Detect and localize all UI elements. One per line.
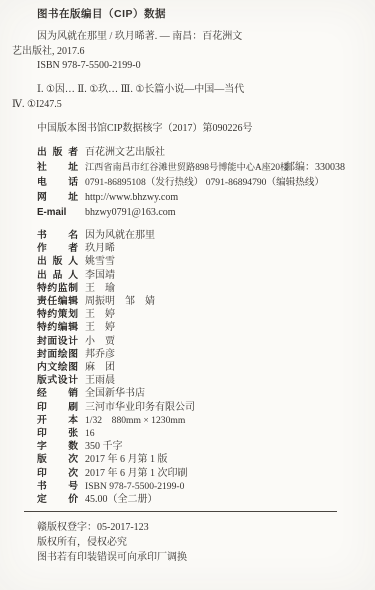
rights-reserved-line: 版权所有，侵权必究 [37, 535, 345, 550]
book-row-impression: 印次 2017 年 6 月第 1 次印刷 [37, 467, 345, 480]
field-label: 社址 [37, 160, 78, 175]
book-copyright-page: 图书在版编目（CIP）数据 因为风就在那里 / 玖月晞著. — 南昌：百花洲文 … [0, 0, 375, 590]
book-row-author: 作者 玖月晞 [37, 242, 345, 255]
book-row-publisher-person: 出版人 姚雪雪 [37, 255, 345, 268]
field-value: 三河市华业印务有限公司 [85, 401, 195, 414]
publisher-row: 社址 江西省南昌市红谷滩世贸路898号博能中心A座20楼 邮编：330038 [37, 160, 345, 175]
spacer [12, 74, 363, 84]
book-row-cover-illustration: 封面绘图 邦乔彦 [37, 348, 345, 361]
field-value: 百花洲文艺出版社 [85, 145, 165, 160]
field-value: 玖月晞 [85, 242, 115, 255]
cip-isbn-line: ISBN 978-7-5500-2199-0 [12, 59, 363, 74]
book-row-layout-design: 版式设计 王雨晨 [37, 374, 345, 387]
field-value: 2017 年 6 月第 1 次印刷 [85, 467, 188, 480]
book-row-title: 书名 因为风就在那里 [37, 229, 345, 242]
book-row-distributor: 经销 全国新华书店 [37, 387, 345, 400]
book-row-sheets: 印张 16 [37, 427, 345, 440]
cip-record-line-2: 艺出版社, 2017.6 [12, 45, 363, 60]
book-row-isbn: 书号 ISBN 978-7-5500-2199-0 [37, 480, 345, 493]
field-label: 特约编辑 [37, 321, 78, 334]
cip-data-heading: 图书在版编目（CIP）数据 [37, 6, 375, 22]
field-value: 小 贾 [85, 335, 115, 348]
publisher-row: 出版者 百花洲文艺出版社 [37, 145, 345, 160]
book-row-cover-design: 封面设计 小 贾 [37, 335, 345, 348]
field-label: 版次 [37, 453, 78, 466]
book-row-edition: 版次 2017 年 6 月第 1 版 [37, 453, 345, 466]
field-value: 王 瑜 [85, 282, 115, 295]
field-label: 电话 [37, 175, 78, 190]
field-label: 作者 [37, 242, 78, 255]
cip-registry-line: 中国版本图书馆CIP数据核字（2017）第090226号 [12, 122, 363, 137]
book-row-special-editor: 特约编辑 王 婷 [37, 321, 345, 334]
field-value: 姚雪雪 [85, 255, 115, 268]
book-row-planner: 特约策划 王 婷 [37, 308, 345, 321]
field-value: ISBN 978-7-5500-2199-0 [85, 480, 184, 493]
field-label: 印次 [37, 467, 78, 480]
field-label: 特约监制 [37, 282, 78, 295]
book-row-supervisor: 特约监制 王 瑜 [37, 282, 345, 295]
field-label: 封面设计 [37, 335, 78, 348]
field-value: 2017 年 6 月第 1 版 [85, 453, 168, 466]
book-row-producer: 出品人 李国靖 [37, 269, 345, 282]
field-value: 麻 团 [85, 361, 115, 374]
field-value: 全国新华书店 [85, 387, 145, 400]
field-value: 因为风就在那里 [85, 229, 155, 242]
field-label: 版式设计 [37, 374, 78, 387]
field-label: 书号 [37, 480, 78, 493]
misprint-exchange-line: 图书若有印装错误可向承印厂调换 [37, 550, 345, 565]
field-label: 网址 [37, 190, 78, 205]
field-value: 邦乔彦 [85, 348, 115, 361]
field-value: 李国靖 [85, 269, 115, 282]
book-row-price: 定价 45.00（全二册） [37, 493, 345, 506]
field-value: 王 婷 [85, 321, 115, 334]
book-info-block: 书名 因为风就在那里 作者 玖月晞 出版人 姚雪雪 出品人 李国靖 特约监制 王… [37, 229, 345, 506]
field-label: 印刷 [37, 401, 78, 414]
registry-number-line: 赣版权登字：05-2017-123 [37, 520, 345, 535]
field-label: 字数 [37, 440, 78, 453]
field-label: 书名 [37, 229, 78, 242]
postal-code: 邮编：330038 [275, 160, 345, 175]
cip-record-block: 因为风就在那里 / 玖月晞著. — 南昌：百花洲文 艺出版社, 2017.6 I… [12, 30, 363, 136]
field-value: 16 [85, 427, 95, 440]
field-value: 江西省南昌市红谷滩世贸路898号博能中心A座20楼 [85, 160, 275, 175]
book-row-editor: 责任编辑 周振明 邹 婧 [37, 295, 345, 308]
book-row-format: 开本 1/32 880mm × 1230mm [37, 414, 345, 427]
publisher-row: 电话 0791-86895108（发行热线） 0791-86894790（编辑热… [37, 175, 345, 190]
divider-line [24, 511, 337, 512]
field-value: 350 千字 [85, 440, 123, 453]
field-label: 出版人 [37, 255, 78, 268]
field-value: 45.00（全二册） [85, 493, 158, 506]
cip-record-line-1: 因为风就在那里 / 玖月晞著. — 南昌：百花洲文 [12, 30, 363, 45]
cip-classification-line-2: Ⅳ. ①I247.5 [12, 98, 363, 113]
field-label: 特约策划 [37, 308, 78, 321]
copyright-footer: 赣版权登字：05-2017-123 版权所有，侵权必究 图书若有印装错误可向承印… [37, 520, 345, 565]
field-label: 出品人 [37, 269, 78, 282]
cip-classification-line-1: Ⅰ. ①因… Ⅱ. ①玖… Ⅲ. ①长篇小说—中国—当代 [12, 83, 363, 98]
field-label: 开本 [37, 414, 78, 427]
field-value: 1/32 880mm × 1230mm [85, 414, 185, 427]
publisher-row: 网址 http://www.bhzwy.com [37, 190, 345, 205]
book-row-printer: 印刷 三河市华业印务有限公司 [37, 401, 345, 414]
publisher-info-block: 出版者 百花洲文艺出版社 社址 江西省南昌市红谷滩世贸路898号博能中心A座20… [37, 145, 345, 220]
field-label: 定价 [37, 493, 78, 506]
publisher-row: E-mail bhzwy0791@163.com [37, 205, 345, 220]
spacer [12, 112, 363, 122]
field-label: 经销 [37, 387, 78, 400]
field-label: 内文绘图 [37, 361, 78, 374]
book-row-word-count: 字数 350 千字 [37, 440, 345, 453]
email-address: bhzwy0791@163.com [85, 205, 176, 220]
field-value: 王 婷 [85, 308, 115, 321]
field-value: 王雨晨 [85, 374, 115, 387]
field-label: 出版者 [37, 145, 78, 160]
field-label: 责任编辑 [37, 295, 78, 308]
field-label: E-mail [37, 205, 78, 220]
book-row-interior-illustration: 内文绘图 麻 团 [37, 361, 345, 374]
field-label: 封面绘图 [37, 348, 78, 361]
field-value: 周振明 邹 婧 [85, 295, 155, 308]
website-url: http://www.bhzwy.com [85, 190, 178, 205]
field-value: 0791-86895108（发行热线） 0791-86894790（编辑热线） [85, 175, 324, 190]
field-label: 印张 [37, 427, 78, 440]
